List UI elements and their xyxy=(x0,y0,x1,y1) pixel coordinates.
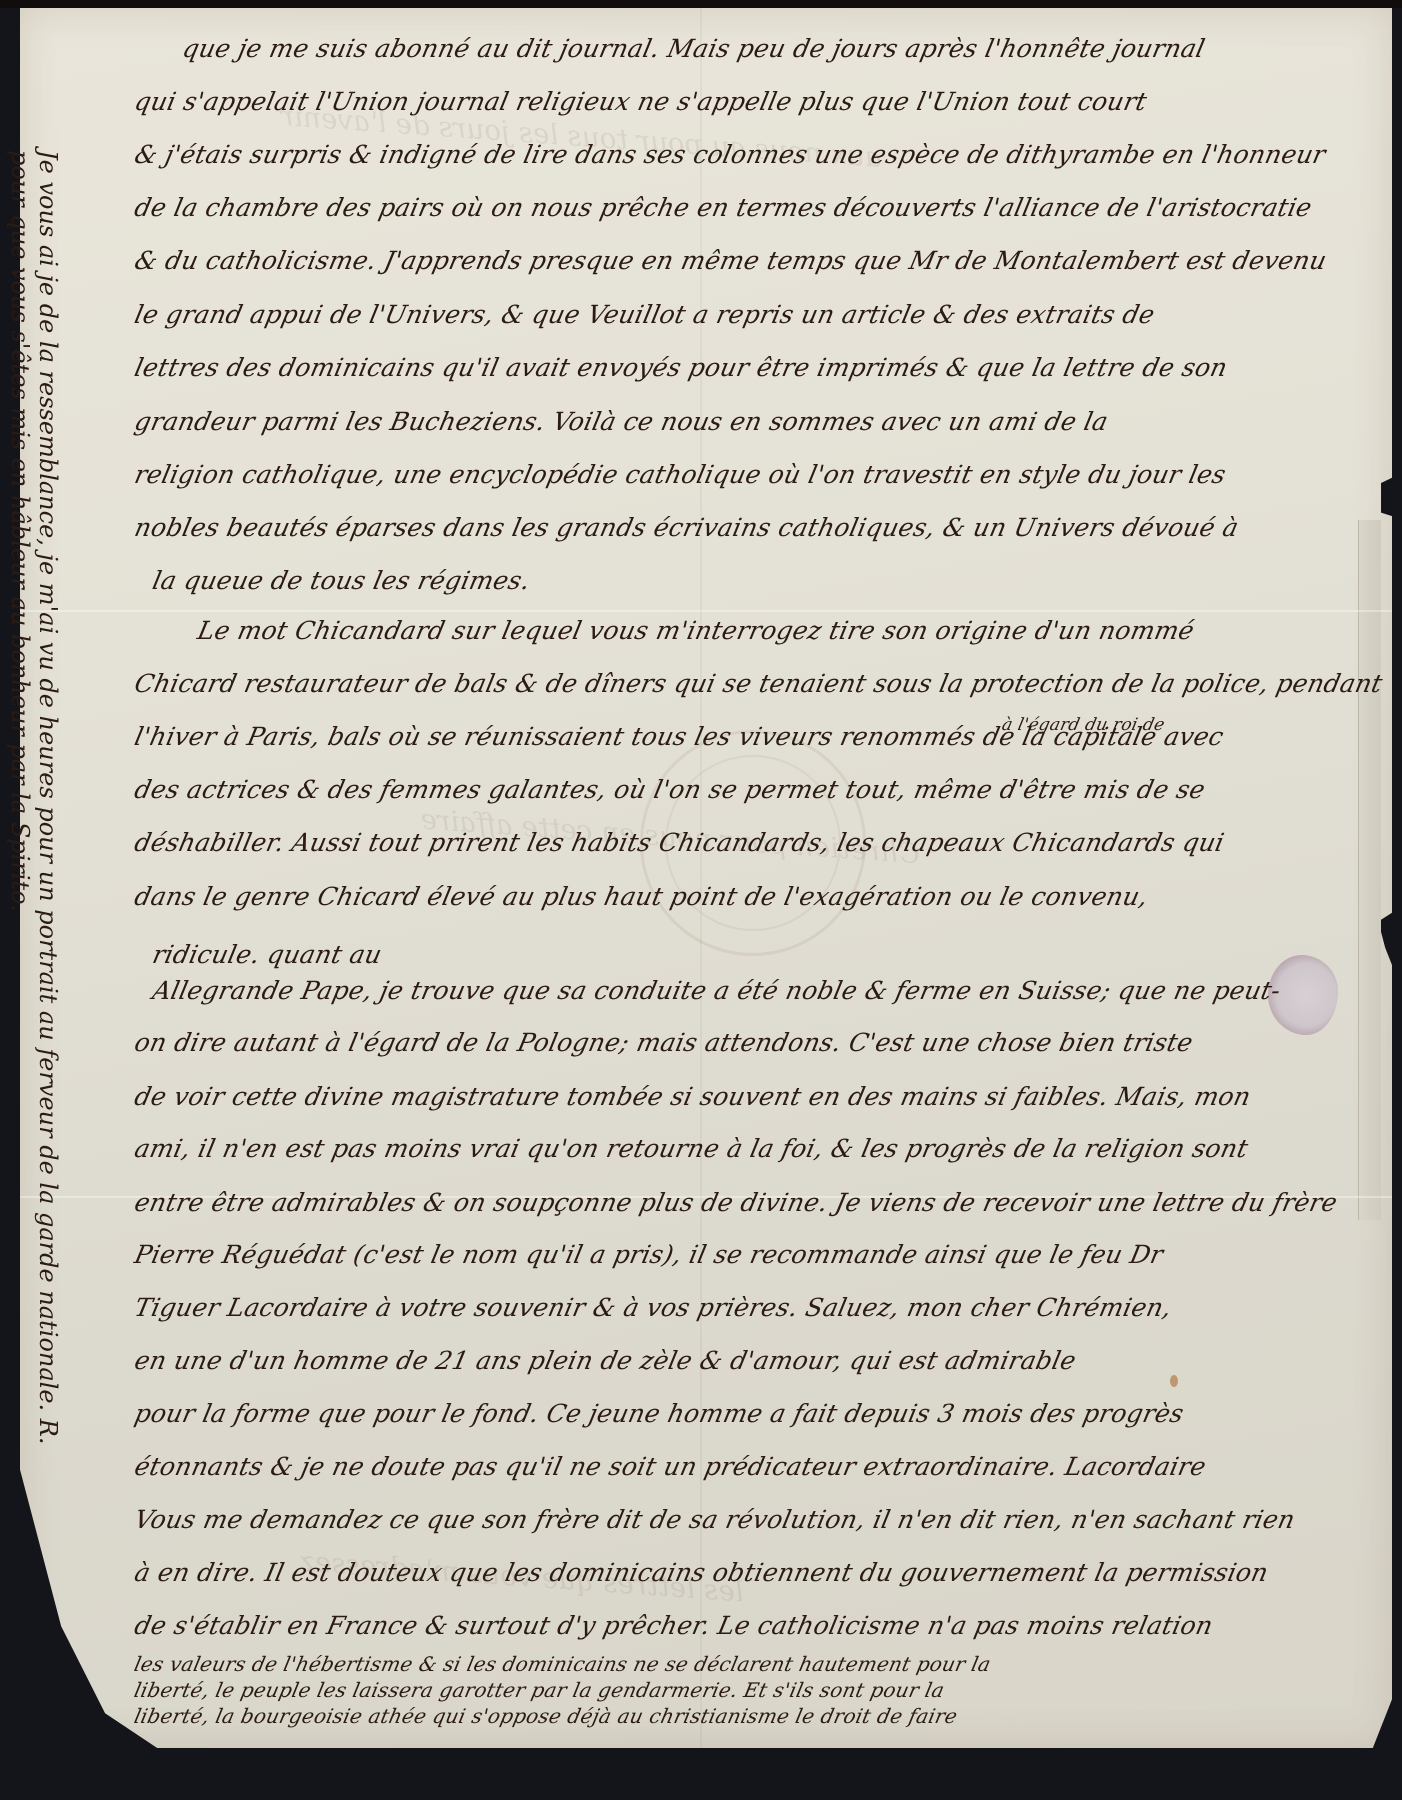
letter-line: on dire autant à l'égard de la Pologne; … xyxy=(132,1028,1196,1057)
letter-line: les valeurs de l'hébertisme & si les dom… xyxy=(132,1652,993,1676)
letter-line: Chicard restaurateur de bals & de dîners… xyxy=(132,669,1385,698)
letter-line: des actrices & des femmes galantes, où l… xyxy=(132,775,1208,804)
letter-line: pour la forme que pour le fond. Ce jeune… xyxy=(132,1399,1186,1428)
letter-line: de voir cette divine magistrature tombée… xyxy=(132,1082,1253,1111)
scan-frame-top xyxy=(0,0,1402,8)
letter-line: nobles beautés éparses dans les grands é… xyxy=(132,513,1241,542)
letter-line: Tiguer Lacordaire à votre souvenir & à v… xyxy=(132,1293,1174,1322)
letter-line: déshabiller. Aussi tout prirent les habi… xyxy=(132,828,1227,857)
letter-line: grandeur parmi les Bucheziens. Voilà ce … xyxy=(132,407,1111,436)
margin-annotation: pour que vous s'êtes mis en hâbleur au b… xyxy=(6,150,34,912)
letter-line: de la chambre des pairs où on nous prêch… xyxy=(132,193,1315,222)
letter-line: de s'établir en France & surtout d'y prê… xyxy=(132,1611,1216,1640)
letter-line: ridicule. quant au xyxy=(150,940,385,969)
letter-line: étonnants & je ne doute pas qu'il ne soi… xyxy=(132,1452,1209,1481)
letter-line: & j'étais surpris & indigné de lire dans… xyxy=(132,140,1328,169)
letter-line: que je me suis abonné au dit journal. Ma… xyxy=(180,34,1208,63)
paper-fold-line xyxy=(20,610,1392,612)
letter-line: à en dire. Il est douteux que les domini… xyxy=(132,1558,1271,1587)
letter-line: Le mot Chicandard sur lequel vous m'inte… xyxy=(195,616,1197,645)
letter-line: dans le genre Chicard élevé au plus haut… xyxy=(132,882,1151,911)
letter-line: liberté, le peuple les laissera garotter… xyxy=(132,1678,947,1702)
letter-line: Allegrande Pape, je trouve que sa condui… xyxy=(150,976,1283,1005)
letter-line: & du catholicisme. J'apprends presque en… xyxy=(132,246,1329,275)
letter-line: ami, il n'en est pas moins vrai qu'on re… xyxy=(132,1134,1251,1163)
letter-line: la queue de tous les régimes. xyxy=(150,566,533,595)
interlinear-note: à l'égard du roi de xyxy=(1000,715,1167,735)
letter-line: qui s'appelait l'Union journal religieux… xyxy=(132,87,1150,116)
letter-line: Pierre Réguédat (c'est le nom qu'il a pr… xyxy=(132,1240,1166,1269)
letter-line: en une d'un homme de 21 ans plein de zèl… xyxy=(132,1346,1079,1375)
paper-stain xyxy=(1170,1375,1178,1387)
letter-line: religion catholique, une encyclopédie ca… xyxy=(132,460,1229,489)
margin-annotation: Je vous ai je de la ressemblance, je m'a… xyxy=(34,150,62,1445)
torn-right-edge xyxy=(1358,520,1381,1220)
letter-line: le grand appui de l'Univers, & que Veuil… xyxy=(132,300,1157,329)
letter-line: lettres des dominicains qu'il avait envo… xyxy=(132,353,1230,382)
letter-line: Vous me demandez ce que son frère dit de… xyxy=(132,1505,1298,1534)
letter-line: liberté, la bourgeoisie athée qui s'oppo… xyxy=(132,1704,960,1728)
letter-line: entre être admirables & on soupçonne plu… xyxy=(132,1188,1340,1217)
